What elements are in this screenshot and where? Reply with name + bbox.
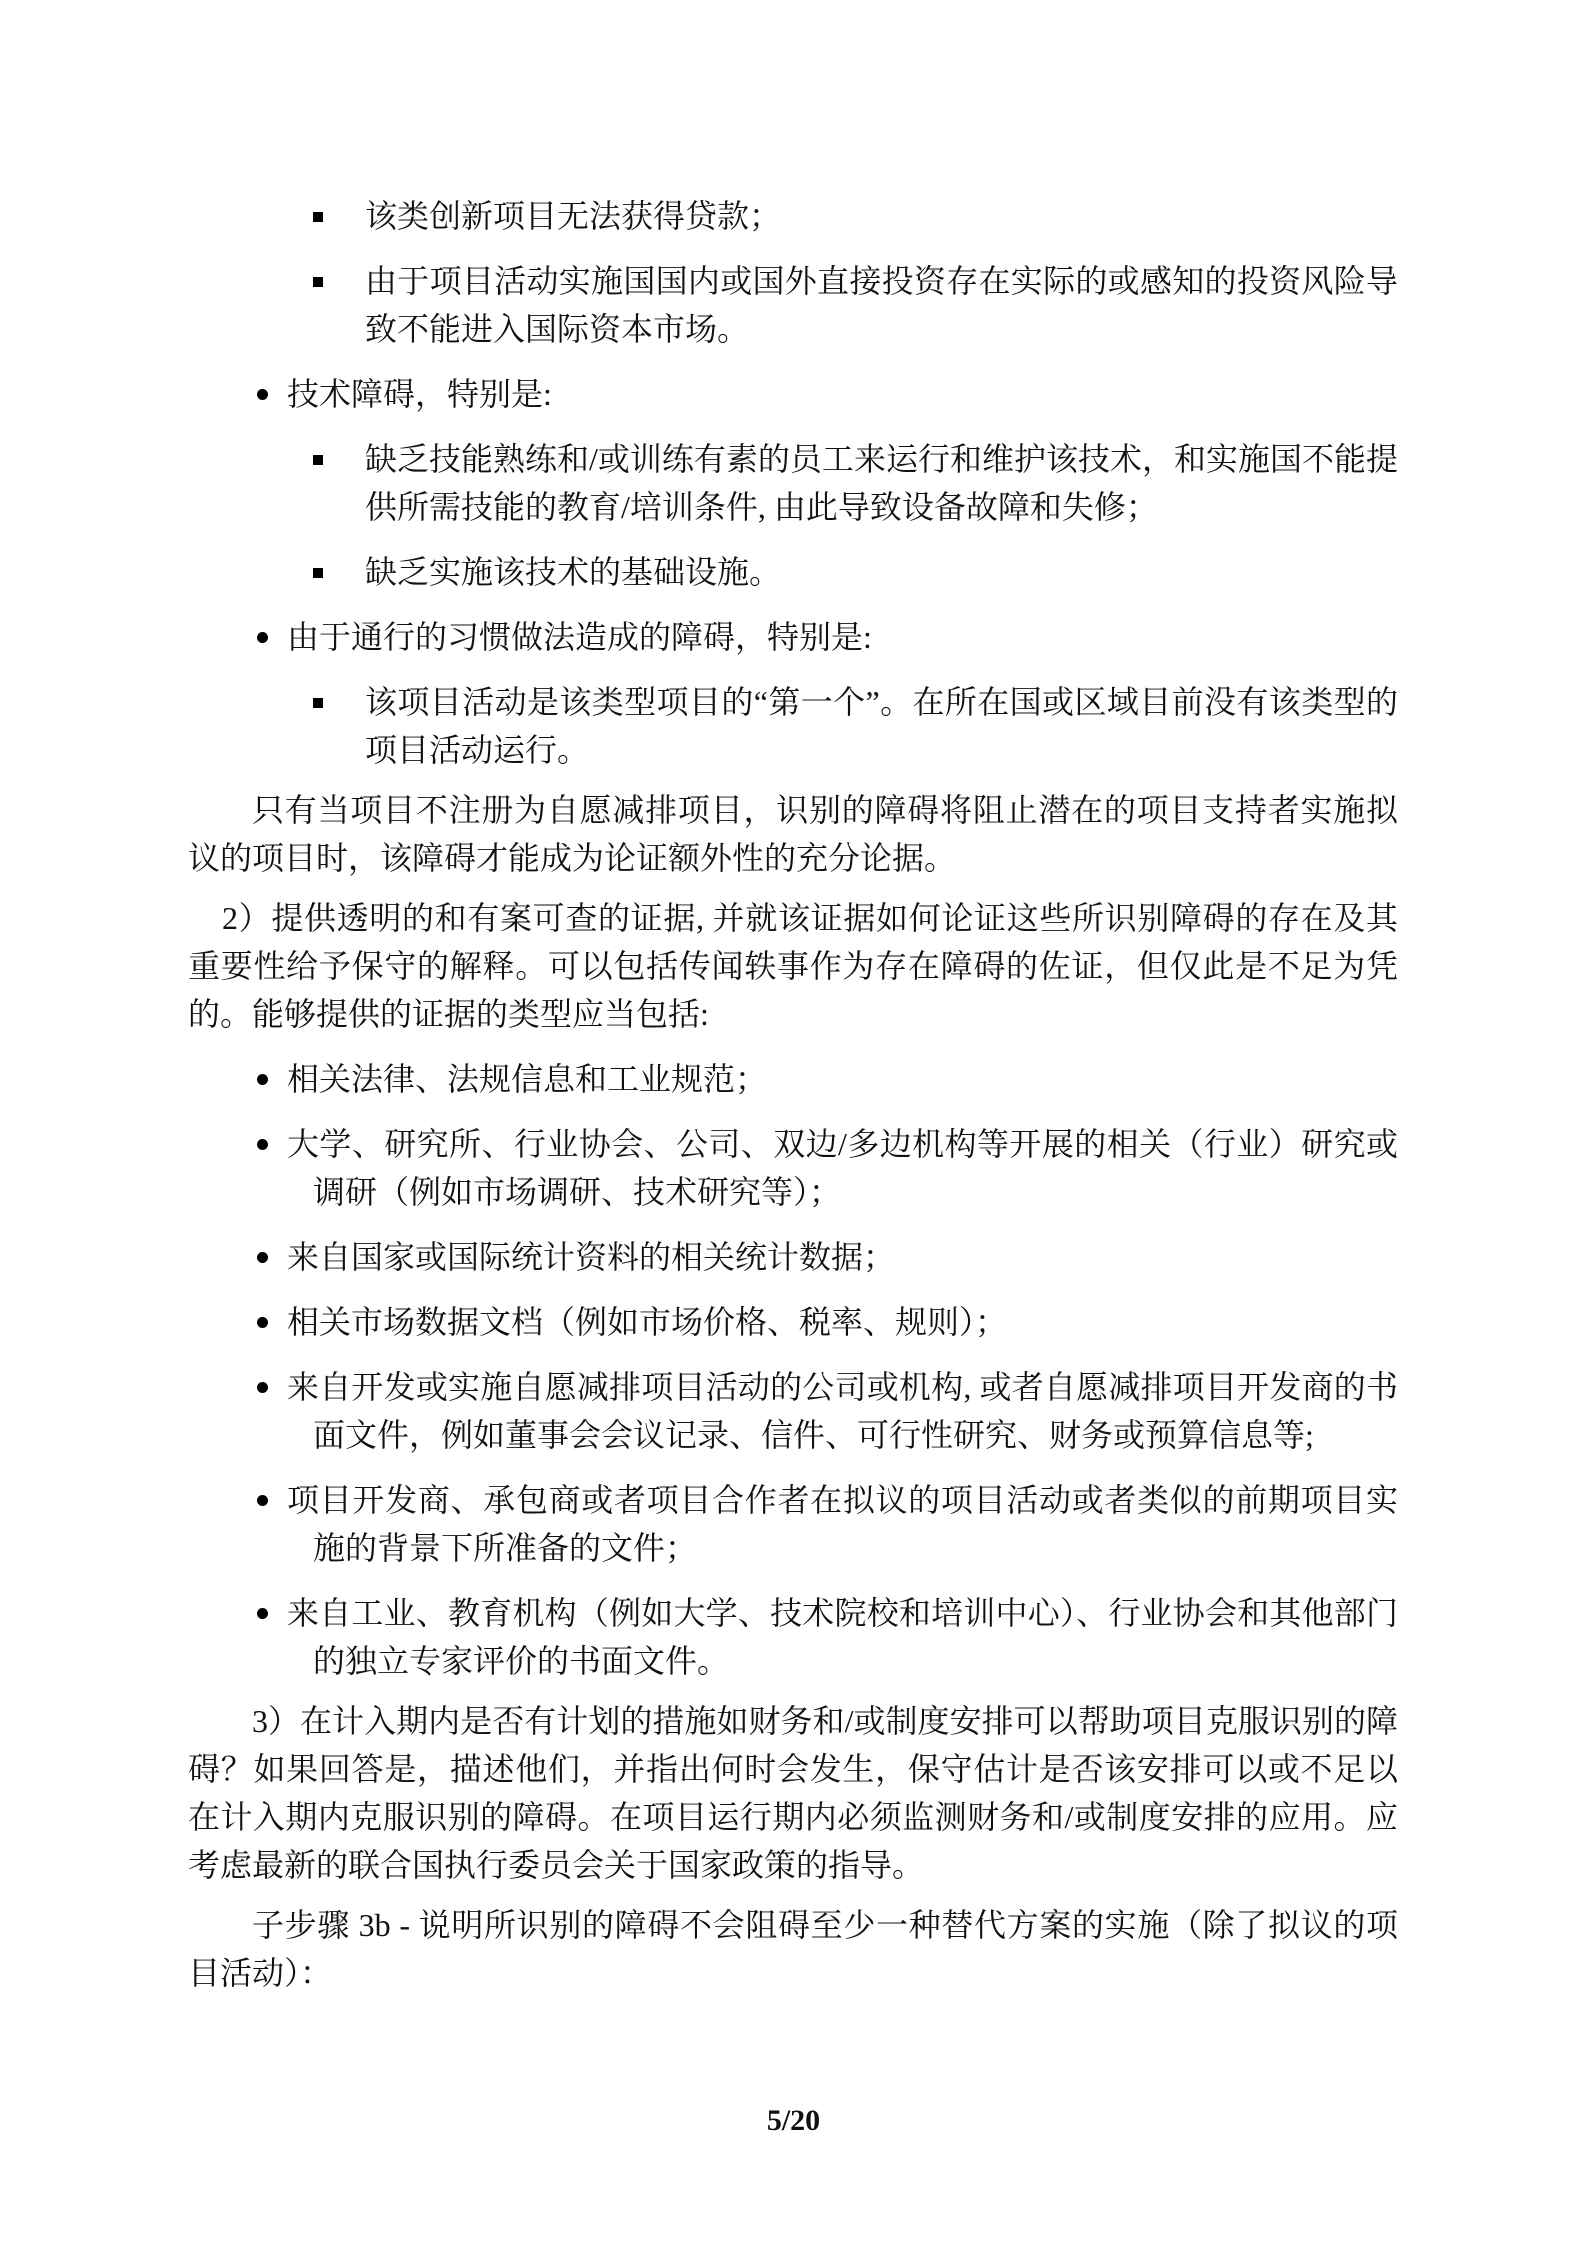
list-item: 缺乏技能熟练和/或训练有素的员工来运行和维护该技术，和实施国不能提供所需技能的教…	[365, 435, 1398, 531]
circle-bullet-icon	[257, 1317, 268, 1328]
text-run: 该类创新项目无法获得贷款；	[365, 198, 781, 234]
text-run: 来自国家或国际统计资料的相关统计数据；	[287, 1239, 895, 1275]
list-item: 来自工业、教育机构（例如大学、技术院校和培训中心）、行业协会和其他部门的独立专家…	[313, 1589, 1398, 1685]
paragraph: 只有当项目不注册为自愿减排项目，识别的障碍将阻止潜在的项目支持者实施拟议的项目时…	[188, 786, 1398, 882]
text-run: 缺乏实施该技术的基础设施。	[365, 554, 781, 590]
list-item: 项目开发商、承包商或者项目合作者在拟议的项目活动或者类似的前期项目实施的背景下所…	[313, 1476, 1398, 1572]
list-item: 大学、研究所、行业协会、公司、双边/多边机构等开展的相关（行业）研究或调研（例如…	[313, 1120, 1398, 1216]
circle-bullet-icon	[257, 1382, 268, 1393]
list-item: 相关法律、法规信息和工业规范；	[313, 1055, 1398, 1103]
list-item: 来自开发或实施自愿减排项目活动的公司或机构, 或者自愿减排项目开发商的书面文件，…	[313, 1363, 1398, 1459]
text-run: 由于通行的习惯做法造成的障碍，特别是:	[287, 619, 872, 655]
square-bullet-icon	[313, 698, 323, 708]
circle-bullet-icon	[257, 1252, 268, 1263]
square-bullet-icon	[313, 212, 323, 222]
circle-bullet-icon	[257, 1608, 268, 1619]
list-item: 缺乏实施该技术的基础设施。	[365, 548, 1398, 596]
text-run: 2）提供透明的和有案可查的证据, 并就该证据如何论证这些所识别障碍的存在及其重要…	[188, 900, 1398, 1032]
page-number: 5/20	[0, 2104, 1587, 2138]
square-bullet-icon	[313, 568, 323, 578]
text-run: 3）在计入期内是否有计划的措施如财务和/或制度安排可以帮助项目克服识别的障碍？如…	[188, 1703, 1398, 1883]
text-run: 只有当项目不注册为自愿减排项目，识别的障碍将阻止潜在的项目支持者实施拟议的项目时…	[188, 792, 1398, 876]
text-run: 该项目活动是该类型项目的“第一个”。在所在国或区域目前没有该类型的项目活动运行。	[365, 684, 1398, 768]
text-run: 来自工业、教育机构（例如大学、技术院校和培训中心）、行业协会和其他部门的独立专家…	[287, 1595, 1398, 1679]
text-run: 技术障碍，特别是:	[287, 376, 552, 412]
document-body: 该类创新项目无法获得贷款；由于项目活动实施国国内或国外直接投资存在实际的或感知的…	[188, 175, 1398, 1997]
circle-bullet-icon	[257, 1139, 268, 1150]
text-run: 项目开发商、承包商或者项目合作者在拟议的项目活动或者类似的前期项目实施的背景下所…	[287, 1482, 1398, 1566]
text-run: 相关法律、法规信息和工业规范；	[287, 1061, 767, 1097]
paragraph: 2）提供透明的和有案可查的证据, 并就该证据如何论证这些所识别障碍的存在及其重要…	[188, 894, 1398, 1038]
text-run: 大学、研究所、行业协会、公司、双边/多边机构等开展的相关（行业）研究或调研（例如…	[287, 1126, 1398, 1210]
list-item: 该类创新项目无法获得贷款；	[365, 192, 1398, 240]
list-item: 技术障碍，特别是:	[313, 370, 1398, 418]
list-item: 该项目活动是该类型项目的“第一个”。在所在国或区域目前没有该类型的项目活动运行。	[365, 678, 1398, 774]
text-run: 由于项目活动实施国国内或国外直接投资存在实际的或感知的投资风险导致不能进入国际资…	[365, 263, 1398, 347]
circle-bullet-icon	[257, 1495, 268, 1506]
square-bullet-icon	[313, 277, 323, 287]
circle-bullet-icon	[257, 632, 268, 643]
text-run: 缺乏技能熟练和/或训练有素的员工来运行和维护该技术，和实施国不能提供所需技能的教…	[365, 441, 1398, 525]
circle-bullet-icon	[257, 389, 268, 400]
text-run: 相关市场数据文档（例如市场价格、税率、规则）；	[287, 1304, 1007, 1340]
list-item: 相关市场数据文档（例如市场价格、税率、规则）；	[313, 1298, 1398, 1346]
paragraph: 3）在计入期内是否有计划的措施如财务和/或制度安排可以帮助项目克服识别的障碍？如…	[188, 1697, 1398, 1889]
square-bullet-icon	[313, 455, 323, 465]
document-page: 该类创新项目无法获得贷款；由于项目活动实施国国内或国外直接投资存在实际的或感知的…	[0, 0, 1587, 2245]
list-item: 由于通行的习惯做法造成的障碍，特别是:	[313, 613, 1398, 661]
paragraph: 子步骤 3b - 说明所识别的障碍不会阻碍至少一种替代方案的实施（除了拟议的项目…	[188, 1901, 1398, 1997]
text-run: 来自开发或实施自愿减排项目活动的公司或机构, 或者自愿减排项目开发商的书面文件，…	[287, 1369, 1398, 1453]
circle-bullet-icon	[257, 1074, 268, 1085]
text-run: 子步骤 3b - 说明所识别的障碍不会阻碍至少一种替代方案的实施（除了拟议的项目…	[188, 1907, 1398, 1991]
list-item: 来自国家或国际统计资料的相关统计数据；	[313, 1233, 1398, 1281]
list-item: 由于项目活动实施国国内或国外直接投资存在实际的或感知的投资风险导致不能进入国际资…	[365, 257, 1398, 353]
